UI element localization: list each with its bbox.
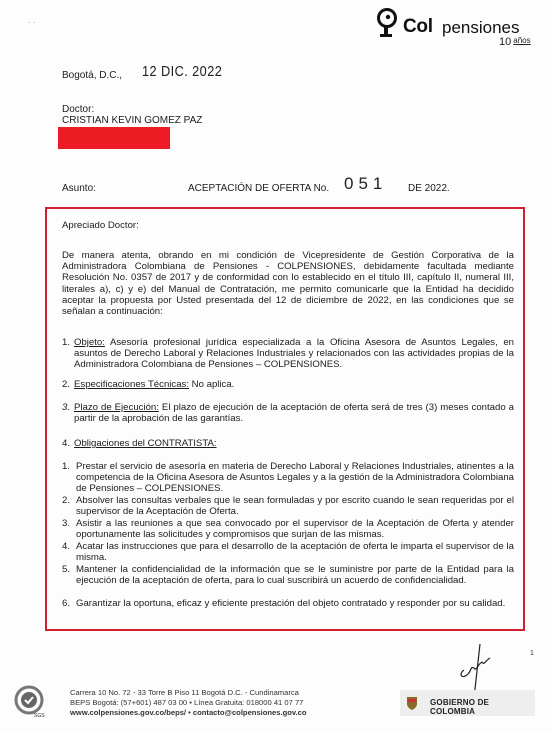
subject-text: ACEPTACIÓN DE OFERTA No. xyxy=(188,183,329,195)
obligation-number: 1. xyxy=(62,461,70,472)
government-label: GOBIERNO DE COLOMBIA xyxy=(430,698,535,716)
obligation-item: 5. Mantener la confidencialidad de la in… xyxy=(62,564,514,586)
obligation-item: 3. Asistir a las reuniones a que sea con… xyxy=(62,518,514,540)
obligation-number: 5. xyxy=(62,564,70,575)
section-especificaciones: 2. Especificaciones Técnicas: No aplica. xyxy=(62,379,514,390)
section-text: Asesoría profesional jurídica especializ… xyxy=(74,337,514,370)
certification-seal-icon: SGS xyxy=(12,684,50,722)
obligation-text: Prestar el servicio de asesoría en mater… xyxy=(76,461,514,495)
logo-anniversary: 10años xyxy=(499,36,531,48)
anniversary-number: 10 xyxy=(499,36,511,48)
obligation-text: Acatar las instrucciones que para el des… xyxy=(76,541,514,563)
colpensiones-logo-icon xyxy=(375,8,399,38)
section-title: Especificaciones Técnicas: xyxy=(74,379,189,390)
obligation-number: 4. xyxy=(62,541,70,552)
colombia-coat-of-arms-icon xyxy=(405,695,419,711)
logo-brand-rest: pensiones xyxy=(442,18,520,38)
section-number: 2. xyxy=(62,379,70,390)
section-obligaciones: 4. Obligaciones del CONTRATISTA: xyxy=(62,438,514,449)
scan-marks: · · xyxy=(28,18,36,27)
obligation-item: 6. Garantizar la oportuna, eficaz y efic… xyxy=(62,598,514,609)
obligation-text: Absolver las consultas verbales que le s… xyxy=(76,495,514,517)
obligation-item: 2. Absolver las consultas verbales que l… xyxy=(62,495,514,517)
date-stamp: 12 DIC. 2022 xyxy=(142,63,222,80)
obligation-item: 4. Acatar las instrucciones que para el … xyxy=(62,541,514,563)
anniversary-word: años xyxy=(513,36,530,45)
offer-number: 051 xyxy=(344,174,387,194)
footer-address: Carrera 10 No. 72 - 33 Torre B Piso 11 B… xyxy=(70,688,299,698)
intro-paragraph: De manera atenta, obrando en mi condició… xyxy=(62,250,514,317)
obligation-number: 6. xyxy=(62,598,70,609)
section-number: 3. xyxy=(62,402,70,413)
section-text: No aplica. xyxy=(189,379,234,390)
footer-phones: BEPS Bogotá: (57+601) 487 03 00 • Línea … xyxy=(70,698,303,708)
logo-brand-bold: Col xyxy=(403,16,433,38)
section-title: Obligaciones del CONTRATISTA: xyxy=(74,438,217,449)
obligation-text: Mantener la confidencialidad de la infor… xyxy=(76,564,514,586)
letter-place: Bogotá, D.C., xyxy=(62,70,122,82)
section-number: 1. xyxy=(62,337,70,348)
section-title: Objeto: xyxy=(74,337,105,348)
section-number: 4. xyxy=(62,438,70,449)
section-title: Plazo de Ejecución: xyxy=(74,402,159,413)
section-plazo: 3. Plazo de Ejecución: El plazo de ejecu… xyxy=(62,402,514,424)
obligation-number: 3. xyxy=(62,518,70,529)
page-number: 1 xyxy=(530,650,534,657)
redaction-bar xyxy=(58,127,170,149)
subject-suffix: DE 2022. xyxy=(408,183,450,195)
colpensiones-logo: Col pensiones 10años xyxy=(375,8,545,48)
obligation-number: 2. xyxy=(62,495,70,506)
obligation-item: 1. Prestar el servicio de asesoría en ma… xyxy=(62,461,514,495)
greeting: Apreciado Doctor: xyxy=(62,220,514,231)
obligation-text: Garantizar la oportuna, eficaz y eficien… xyxy=(76,598,514,609)
government-badge: GOBIERNO DE COLOMBIA xyxy=(400,690,535,716)
recipient-name: CRISTIAN KEVIN GOMEZ PAZ xyxy=(62,115,202,127)
section-objeto: 1. Objeto: Asesoría profesional jurídica… xyxy=(62,337,514,371)
seal-label: SGS xyxy=(34,713,45,719)
subject-label: Asunto: xyxy=(62,183,96,195)
footer-web[interactable]: www.colpensiones.gov.co/beps/ • contacto… xyxy=(70,708,307,718)
obligation-text: Asistir a las reuniones a que sea convoc… xyxy=(76,518,514,540)
